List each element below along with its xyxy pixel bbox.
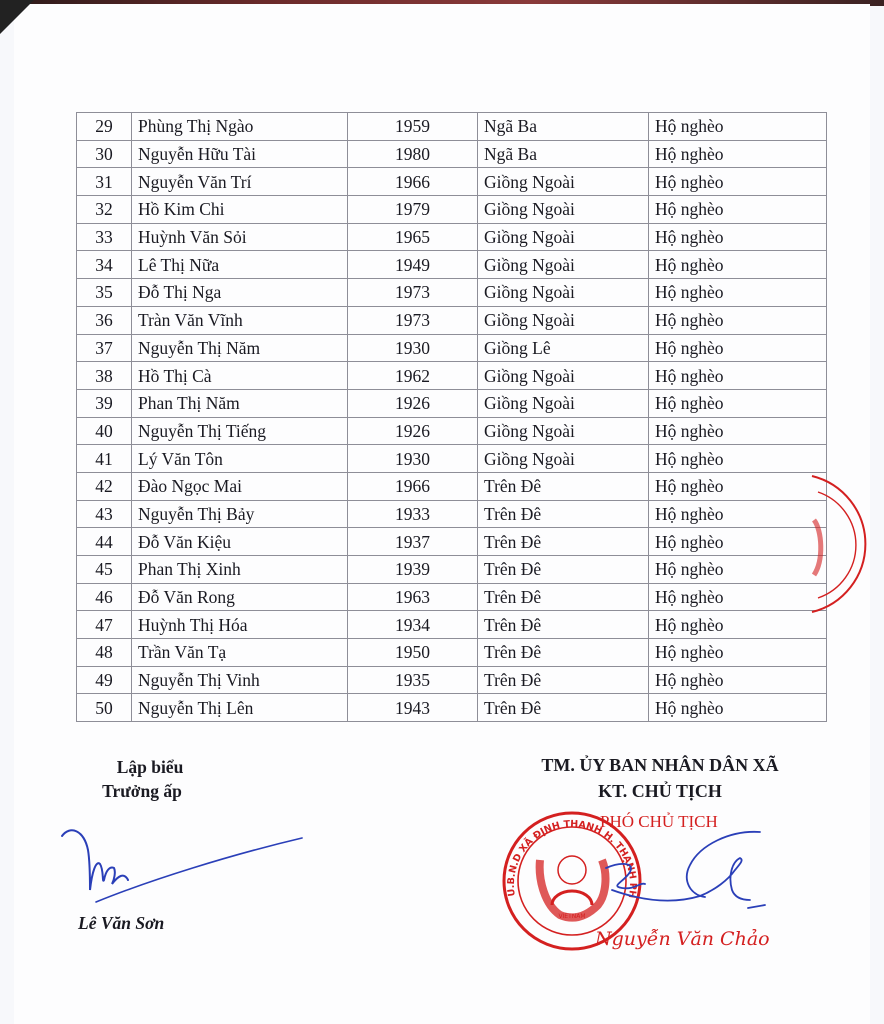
table-row: 32 Hồ Kim Chi 1979 Giồng Ngoài Hộ nghèo [77,196,827,224]
household-status: Hộ nghèo [649,445,827,473]
hamlet: Giồng Ngoài [478,417,649,445]
person-name: Hồ Thị Cà [132,362,348,390]
row-number: 34 [77,251,132,279]
table-row: 43 Nguyễn Thị Bảy 1933 Trên Đê Hộ nghèo [77,500,827,528]
birth-year: 1943 [348,694,478,722]
hamlet: Trên Đê [478,611,649,639]
birth-year: 1930 [348,334,478,362]
table-row: 50 Nguyễn Thị Lên 1943 Trên Đê Hộ nghèo [77,694,827,722]
scan-corner-fold [0,0,44,40]
birth-year: 1949 [348,251,478,279]
hamlet: Giồng Ngoài [478,223,649,251]
household-status: Hộ nghèo [649,306,827,334]
row-number: 46 [77,583,132,611]
person-name: Huỳnh Thị Hóa [132,611,348,639]
person-name: Nguyễn Hữu Tài [132,140,348,168]
person-name: Đỗ Văn Kiệu [132,528,348,556]
table-row: 33 Huỳnh Văn Sỏi 1965 Giồng Ngoài Hộ ngh… [77,223,827,251]
row-number: 41 [77,445,132,473]
row-number: 37 [77,334,132,362]
household-status: Hộ nghèo [649,196,827,224]
birth-year: 1930 [348,445,478,473]
birth-year: 1966 [348,168,478,196]
birth-year: 1963 [348,583,478,611]
table-row: 42 Đào Ngọc Mai 1966 Trên Đê Hộ nghèo [77,472,827,500]
household-status: Hộ nghèo [649,168,827,196]
row-number: 30 [77,140,132,168]
person-name: Đào Ngọc Mai [132,472,348,500]
household-status: Hộ nghèo [649,556,827,584]
person-name: Nguyễn Thị Năm [132,334,348,362]
household-table: 29 Phùng Thị Ngào 1959 Ngã Ba Hộ nghèo 3… [76,112,827,722]
row-number: 48 [77,639,132,667]
table-row: 37 Nguyễn Thị Năm 1930 Giồng Lê Hộ nghèo [77,334,827,362]
hamlet: Giồng Ngoài [478,445,649,473]
table-row: 46 Đỗ Văn Rong 1963 Trên Đê Hộ nghèo [77,583,827,611]
table-row: 41 Lý Văn Tôn 1930 Giồng Ngoài Hộ nghèo [77,445,827,473]
table-row: 31 Nguyễn Văn Trí 1966 Giồng Ngoài Hộ ng… [77,168,827,196]
table-row: 48 Trần Văn Tạ 1950 Trên Đê Hộ nghèo [77,639,827,667]
birth-year: 1934 [348,611,478,639]
person-name: Lý Văn Tôn [132,445,348,473]
hamlet: Trên Đê [478,500,649,528]
left-signature-block: Lập biểu Trưởng ấp [70,755,230,803]
person-name: Đỗ Văn Rong [132,583,348,611]
vice-chairman-title: PHÓ CHỦ TỊCH [600,812,718,832]
hamlet: Trên Đê [478,472,649,500]
prepared-by-label: Lập biểu [70,755,230,779]
person-name: Nguyễn Thị Vinh [132,666,348,694]
hamlet: Giồng Ngoài [478,168,649,196]
table-row: 36 Tràn Văn Vĩnh 1973 Giồng Ngoài Hộ ngh… [77,306,827,334]
household-status: Hộ nghèo [649,251,827,279]
row-number: 36 [77,306,132,334]
hamlet: Ngã Ba [478,140,649,168]
household-status: Hộ nghèo [649,389,827,417]
committee-title: TM. ỦY BAN NHÂN DÂN XÃ [490,752,830,778]
row-number: 32 [77,196,132,224]
birth-year: 1979 [348,196,478,224]
table-row: 40 Nguyễn Thị Tiếng 1926 Giồng Ngoài Hộ … [77,417,827,445]
table-row: 30 Nguyễn Hữu Tài 1980 Ngã Ba Hộ nghèo [77,140,827,168]
hamlet: Giồng Ngoài [478,389,649,417]
hamlet: Trên Đê [478,583,649,611]
hamlet: Trên Đê [478,528,649,556]
birth-year: 1966 [348,472,478,500]
row-number: 40 [77,417,132,445]
right-signature-block: TM. ỦY BAN NHÂN DÂN XÃ KT. CHỦ TỊCH [490,752,830,804]
person-name: Phan Thị Xinh [132,556,348,584]
row-number: 42 [77,472,132,500]
household-status: Hộ nghèo [649,140,827,168]
birth-year: 1973 [348,306,478,334]
household-status: Hộ nghèo [649,279,827,307]
birth-year: 1926 [348,417,478,445]
person-name: Lê Thị Nữa [132,251,348,279]
row-number: 50 [77,694,132,722]
left-signer-name: Lê Văn Sơn [78,913,164,934]
birth-year: 1935 [348,666,478,694]
row-number: 29 [77,113,132,141]
birth-year: 1962 [348,362,478,390]
table-row: 29 Phùng Thị Ngào 1959 Ngã Ba Hộ nghèo [77,113,827,141]
table-row: 38 Hồ Thị Cà 1962 Giồng Ngoài Hộ nghèo [77,362,827,390]
person-name: Phan Thị Năm [132,389,348,417]
row-number: 43 [77,500,132,528]
household-status: Hộ nghèo [649,472,827,500]
household-status: Hộ nghèo [649,528,827,556]
birth-year: 1965 [348,223,478,251]
person-name: Huỳnh Văn Sỏi [132,223,348,251]
household-status: Hộ nghèo [649,611,827,639]
hamlet: Giồng Ngoài [478,306,649,334]
hamlet: Giồng Ngoài [478,279,649,307]
household-status: Hộ nghèo [649,666,827,694]
person-name: Trần Văn Tạ [132,639,348,667]
household-status: Hộ nghèo [649,694,827,722]
row-number: 31 [77,168,132,196]
hamlet: Trên Đê [478,639,649,667]
household-status: Hộ nghèo [649,334,827,362]
birth-year: 1939 [348,556,478,584]
hamlet: Giồng Ngoài [478,362,649,390]
household-status: Hộ nghèo [649,362,827,390]
chairman-title: KT. CHỦ TỊCH [490,778,830,804]
hamlet: Trên Đê [478,666,649,694]
right-signer-name: Nguyễn Văn Chảo [595,928,770,950]
birth-year: 1950 [348,639,478,667]
table-row: 34 Lê Thị Nữa 1949 Giồng Ngoài Hộ nghèo [77,251,827,279]
table-row: 47 Huỳnh Thị Hóa 1934 Trên Đê Hộ nghèo [77,611,827,639]
household-status: Hộ nghèo [649,639,827,667]
row-number: 47 [77,611,132,639]
hamlet: Trên Đê [478,694,649,722]
birth-year: 1937 [348,528,478,556]
person-name: Tràn Văn Vĩnh [132,306,348,334]
household-status: Hộ nghèo [649,417,827,445]
household-status: Hộ nghèo [649,583,827,611]
row-number: 49 [77,666,132,694]
person-name: Đỗ Thị Nga [132,279,348,307]
person-name: Nguyễn Thị Tiếng [132,417,348,445]
table-row: 44 Đỗ Văn Kiệu 1937 Trên Đê Hộ nghèo [77,528,827,556]
hamlet: Giồng Lê [478,334,649,362]
table-row: 45 Phan Thị Xinh 1939 Trên Đê Hộ nghèo [77,556,827,584]
row-number: 35 [77,279,132,307]
row-number: 45 [77,556,132,584]
person-name: Phùng Thị Ngào [132,113,348,141]
hamlet: Trên Đê [478,556,649,584]
table-row: 39 Phan Thị Năm 1926 Giồng Ngoài Hộ nghè… [77,389,827,417]
row-number: 39 [77,389,132,417]
hamlet: Giồng Ngoài [478,251,649,279]
person-name: Nguyễn Văn Trí [132,168,348,196]
person-name: Nguyễn Thị Lên [132,694,348,722]
birth-year: 1959 [348,113,478,141]
table-row: 49 Nguyễn Thị Vinh 1935 Trên Đê Hộ nghèo [77,666,827,694]
signer-role: Trưởng ấp [54,779,230,803]
household-status: Hộ nghèo [649,223,827,251]
birth-year: 1926 [348,389,478,417]
household-status: Hộ nghèo [649,113,827,141]
row-number: 38 [77,362,132,390]
birth-year: 1973 [348,279,478,307]
birth-year: 1980 [348,140,478,168]
table-row: 35 Đỗ Thị Nga 1973 Giồng Ngoài Hộ nghèo [77,279,827,307]
birth-year: 1933 [348,500,478,528]
hamlet: Ngã Ba [478,113,649,141]
row-number: 44 [77,528,132,556]
household-status: Hộ nghèo [649,500,827,528]
row-number: 33 [77,223,132,251]
person-name: Hồ Kim Chi [132,196,348,224]
hamlet: Giồng Ngoài [478,196,649,224]
person-name: Nguyễn Thị Bảy [132,500,348,528]
